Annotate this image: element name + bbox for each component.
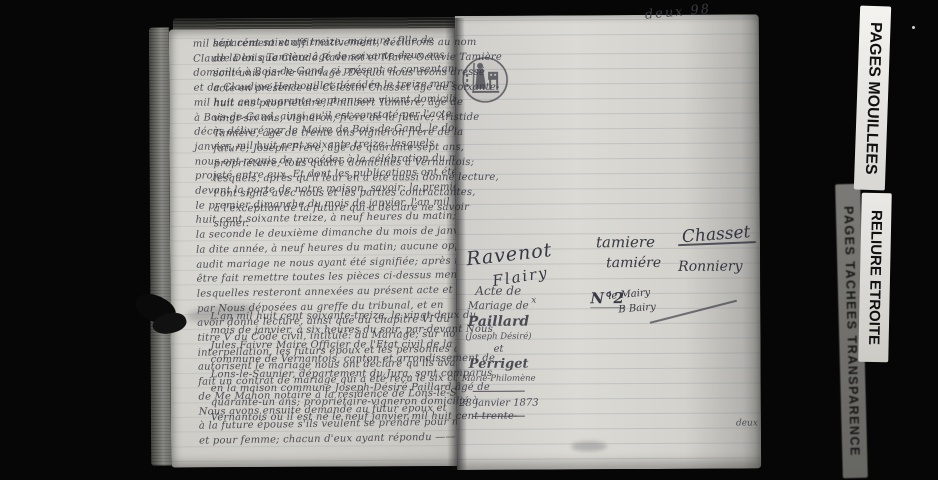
scanned-register-spread: mil huit cent soixante treize; majeure, …: [0, 0, 938, 480]
manuscript-line: future; Joseph Frère, âgé de quarante-se…: [213, 140, 453, 156]
manuscript-line: quarante-un ans; propriétaire-vigneron d…: [211, 395, 455, 411]
open-register-book: mil huit cent soixante treize; majeure, …: [149, 10, 763, 473]
margin-note-line: Acte de: [458, 284, 538, 299]
manuscript-line: huit ans propriétaire; Philibert Tamière…: [213, 95, 453, 111]
manuscript-line: Vernantois où il est né le neuf janvier …: [211, 410, 455, 426]
signature: Ronniery: [678, 259, 742, 275]
manuscript-line: mois de janvier, à six heures du soir, p…: [210, 323, 454, 339]
manuscript-line: Tamière, âgé de trente ans vigneron frèr…: [213, 125, 453, 141]
manuscript-line: Jules Faivre Maire Officier de l'Etat ci…: [211, 338, 455, 354]
act-number-heading: N°2: [590, 289, 625, 308]
manuscript-line: Lons-le-Saunier, département du Jura, so…: [211, 367, 455, 383]
manuscript-line: acte en présence de Célestin Chasset âgé…: [213, 80, 453, 96]
manuscript-line: l'ont signé avec nous et les parties con…: [214, 185, 454, 201]
right-page-act2-text-block: L'an mil huit cent soixante-treize, le v…: [210, 309, 455, 426]
manuscript-line: propriétaire; tous quatre domiciliés à V…: [214, 155, 454, 171]
manuscript-line: lesquels, après qu'il leur en a été auss…: [214, 170, 454, 186]
book-fore-edge: [149, 28, 171, 466]
manuscript-line: vingt-six ans, vigneron; frère de la fut…: [213, 110, 453, 126]
catchword: deux: [736, 418, 758, 428]
right-page-act1-text-block: séparément et affirmativement, déclarons…: [213, 35, 454, 231]
manuscript-line: sont unis par le mariage. Dequoi nous av…: [213, 65, 453, 81]
dust-speck: [912, 26, 915, 29]
archive-flag-reliure-etroite: RELIURE ETROITE: [858, 193, 892, 363]
manuscript-line: commune de Vernantois, canton et arrondi…: [211, 352, 455, 368]
signature: tamiére: [606, 255, 661, 271]
manuscript-line: à l'exception de la future qui a déclaré…: [214, 200, 454, 216]
margin-cross-mark: x: [531, 296, 536, 306]
signature: tamiere: [596, 233, 655, 251]
manuscript-line: de la loi que Claude Ravenot et Marie Oc…: [213, 50, 453, 66]
manuscript-line: séparément et affirmativement, déclarons…: [213, 35, 453, 51]
manuscript-line: signer.: [214, 215, 454, 231]
archive-flag-pages-mouillees: PAGES MOUILLEES: [854, 6, 891, 191]
manuscript-line: et pour femme; chacun d'eux ayant répond…: [199, 431, 455, 450]
manuscript-line: en la maison commune Joseph-Désiré Paill…: [211, 381, 455, 397]
